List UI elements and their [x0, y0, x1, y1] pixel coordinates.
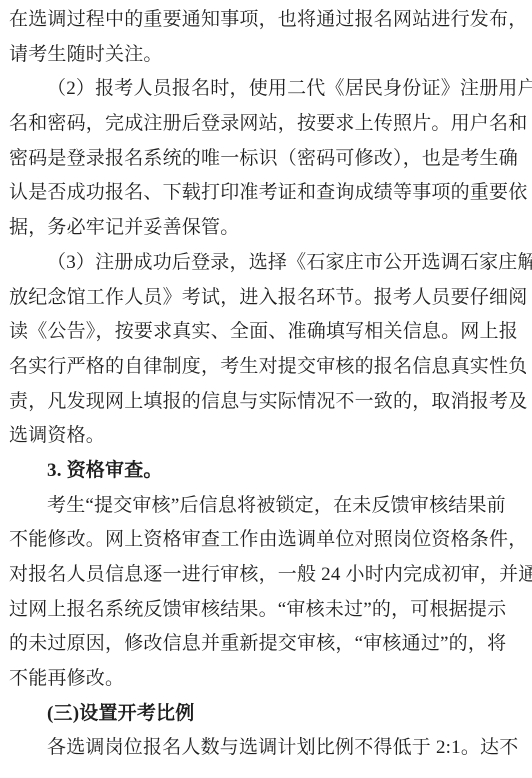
text-line: 选调资格。 [9, 419, 524, 454]
text-line: 对报名人员信息逐一进行审核，一般 24 小时内完成初审，并通 [9, 558, 524, 593]
text-line: 各选调岗位报名人数与选调计划比例不得低于 2:1。达不 [9, 731, 524, 766]
text-line: 考生“提交审核”后信息将被锁定，在未反馈审核结果前 [9, 489, 524, 524]
text-line: 密码是登录报名系统的唯一标识（密码可修改），也是考生确 [9, 142, 524, 177]
text-line: 名和密码，完成注册后登录网站，按要求上传照片。用户名和 [9, 107, 524, 142]
document-page: 在选调过程中的重要通知事项，也将通过报名网站进行发布，请考生随时关注。（2）报考… [0, 0, 532, 778]
text-line: 在选调过程中的重要通知事项，也将通过报名网站进行发布， [9, 3, 524, 38]
text-line: 据，务必牢记并妥善保管。 [9, 211, 524, 246]
text-line: 不能修改。网上资格审查工作由选调单位对照岗位资格条件， [9, 523, 524, 558]
text-line: 认是否成功报名、下载打印准考证和查询成绩等事项的重要依 [9, 176, 524, 211]
text-line: 读《公告》，按要求真实、全面、准确填写相关信息。网上报 [9, 315, 524, 350]
heading-line: (三)设置开考比例 [9, 697, 524, 732]
text-line: 放纪念馆工作人员》考试，进入报名环节。报考人员要仔细阅 [9, 281, 524, 316]
text-line: 名实行严格的自律制度，考生对提交审核的报名信息真实性负 [9, 350, 524, 385]
text-line: （3）注册成功后登录，选择《石家庄市公开选调石家庄解 [9, 246, 524, 281]
text-line: 责，凡发现网上填报的信息与实际情况不一致的，取消报考及 [9, 385, 524, 420]
text-line: 过网上报名系统反馈审核结果。“审核未过”的，可根据提示 [9, 593, 524, 628]
heading-line: 3. 资格审查。 [9, 454, 524, 489]
text-line: 请考生随时关注。 [9, 38, 524, 73]
text-line: 不能再修改。 [9, 662, 524, 697]
text-line: （2）报考人员报名时，使用二代《居民身份证》注册用户 [9, 72, 524, 107]
text-line: 的未过原因，修改信息并重新提交审核，“审核通过”的，将 [9, 627, 524, 662]
